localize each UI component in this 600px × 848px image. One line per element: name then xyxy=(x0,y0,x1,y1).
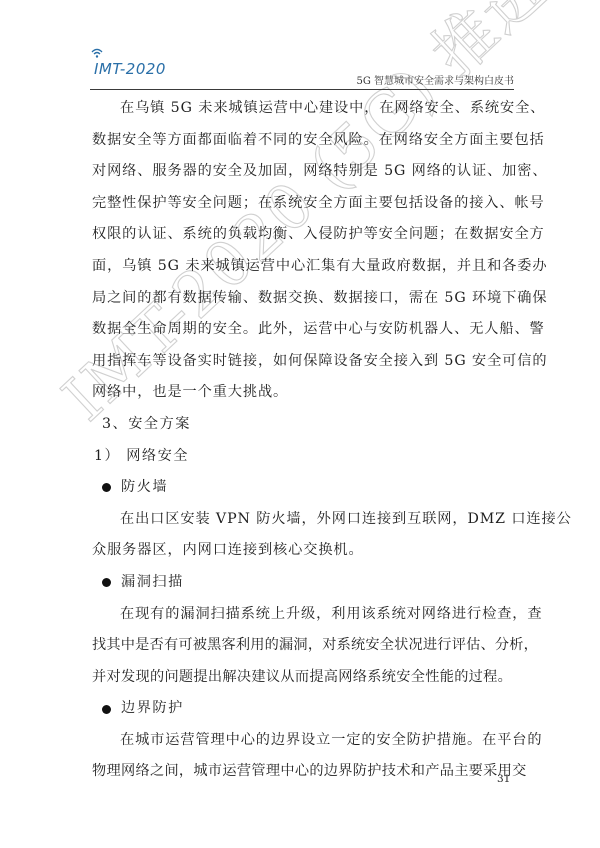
text-line: 数据全生命周期的安全。此外，运营中心与安防机器人、无人船、警 xyxy=(92,314,518,346)
header-logo: IMT-2020 xyxy=(90,46,180,82)
bullet-heading-firewall: 防火墙 xyxy=(92,472,518,504)
text-line: 面，乌镇 5G 未来城镇运营中心汇集有大量政府数据，并且和各委办 xyxy=(92,251,518,283)
paragraph-intro: 在乌镇 5G 未来城镇运营中心建设中，在网络安全、系统安全、 数据安全等方面都面… xyxy=(92,93,518,409)
bullet-icon xyxy=(102,483,111,492)
document-page: IMT-2020 (5G) 推进组 IMT-2020 5G 智慧城市安全需求与架… xyxy=(0,0,600,848)
subsection-heading: 1） 网络安全 xyxy=(92,441,518,473)
text-line: 在现有的漏洞扫描系统上升级，利用该系统对网络进行检查，查 xyxy=(92,599,518,631)
bullet-title: 边界防护 xyxy=(121,693,184,725)
bullet-heading-border-protection: 边界防护 xyxy=(92,693,518,725)
bullet-heading-vuln-scan: 漏洞扫描 xyxy=(92,567,518,599)
wifi-signal-icon xyxy=(90,46,104,60)
bullet-icon xyxy=(102,578,111,587)
text-line: 用指挥车等设备实时链接，如何保障设备安全接入到 5G 安全可信的 xyxy=(92,346,518,378)
text-line: 完整性保护等安全问题；在系统安全方面主要包括设备的接入、帐号 xyxy=(92,188,518,220)
header-divider xyxy=(90,89,514,90)
text-line: 物理网络之间，城市运营管理中心的边界防护技术和产品主要采用交 xyxy=(92,756,518,788)
bullet-title: 漏洞扫描 xyxy=(121,567,184,599)
bullet-icon xyxy=(102,705,111,714)
text-line: 在城市运营管理中心的边界设立一定的安全防护措施。在平台的 xyxy=(92,725,518,757)
page-content: 在乌镇 5G 未来城镇运营中心建设中，在网络安全、系统安全、 数据安全等方面都面… xyxy=(92,93,518,788)
section-heading: 3、安全方案 xyxy=(92,409,518,441)
text-line: 对网络、服务器的安全及加固，网络特别是 5G 网络的认证、加密、 xyxy=(92,156,518,188)
text-line: 在乌镇 5G 未来城镇运营中心建设中，在网络安全、系统安全、 xyxy=(92,93,518,125)
bullet-title: 防火墙 xyxy=(121,472,168,504)
text-line: 数据安全等方面都面临着不同的安全风险。在网络安全方面主要包括 xyxy=(92,125,518,157)
text-line: 权限的认证、系统的负载均衡、入侵防护等安全问题；在数据安全方 xyxy=(92,219,518,251)
text-line: 在出口区安装 VPN 防火墙，外网口连接到互联网，DMZ 口连接公 xyxy=(92,504,518,536)
text-line: 局之间的都有数据传输、数据交换、数据接口，需在 5G 环境下确保 xyxy=(92,283,518,315)
text-line: 并对发现的问题提出解决建议从而提高网络系统安全性能的过程。 xyxy=(92,662,518,694)
text-line: 众服务器区，内网口连接到核心交换机。 xyxy=(92,535,518,567)
text-line: 找其中是否有可被黑客利用的漏洞，对系统安全状况进行评估、分析， xyxy=(92,630,518,662)
logo-text: IMT-2020 xyxy=(94,60,166,78)
document-title: 5G 智慧城市安全需求与架构白皮书 xyxy=(356,72,514,87)
page-number: 31 xyxy=(497,773,510,785)
text-line: 网络中，也是一个重大挑战。 xyxy=(92,377,518,409)
